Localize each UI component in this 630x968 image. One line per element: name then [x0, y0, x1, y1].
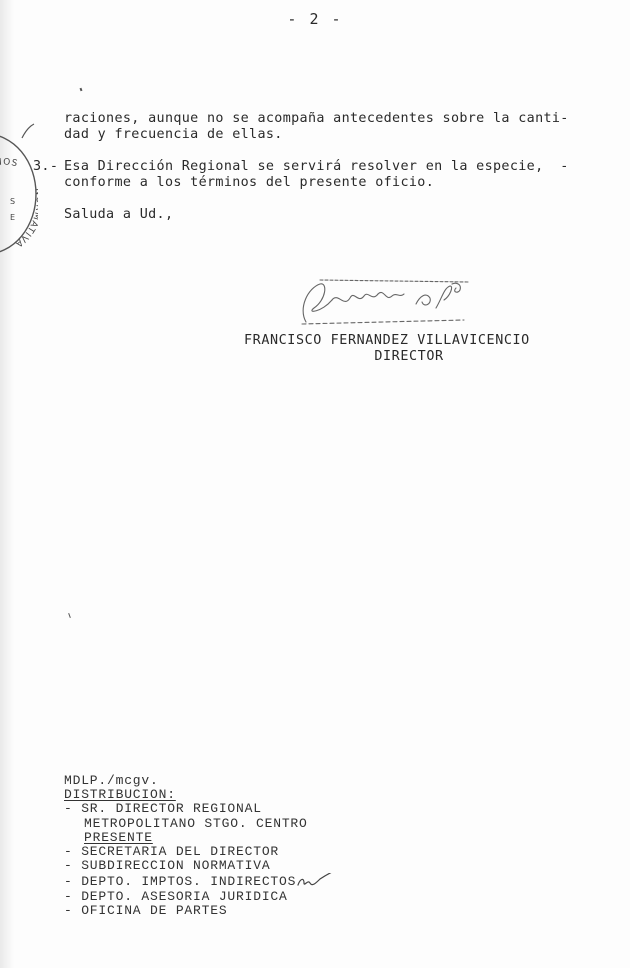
- page-number: - 2 -: [0, 10, 630, 28]
- item-number: 3.-: [33, 159, 58, 175]
- signatory-name: FRANCISCO FERNANDEZ VILLAVICENCIO: [244, 333, 530, 348]
- distribution-item: - DEPTO. ASESORIA JURIDICA: [64, 890, 336, 904]
- stamp-inner-e: E: [10, 213, 15, 222]
- distribution-item: - SR. DIRECTOR REGIONAL: [64, 802, 336, 816]
- item-line: Esa Dirección Regional se servirá resolv…: [64, 159, 569, 175]
- closing-salutation: Saluda a Ud.,: [64, 207, 173, 223]
- distribution-block: MDLP./mcgv. DISTRIBUCION: - SR. DIRECTOR…: [64, 774, 336, 918]
- svg-text:TERNOS: TERNOS: [0, 157, 19, 176]
- signatory-title: DIRECTOR: [244, 349, 574, 364]
- stamp-inner-s: S: [10, 197, 15, 206]
- handwritten-check-icon: [296, 873, 336, 889]
- document-page: - 2 - TERNOS NORMATIVA S E raciones, aun…: [0, 0, 630, 968]
- scan-speck: [80, 88, 83, 92]
- distribution-heading: DISTRIBUCION:: [64, 788, 336, 802]
- stamp-seal-icon: TERNOS NORMATIVA S E: [0, 122, 38, 262]
- paragraph-line: raciones, aunque no se acompaña antecede…: [64, 111, 569, 127]
- signature-icon: [292, 278, 472, 328]
- distribution-item-line: METROPOLITANO STGO. CENTRO: [64, 817, 336, 831]
- distribution-item: - OFICINA DE PARTES: [64, 904, 336, 918]
- item-line: conforme a los términos del presente ofi…: [64, 175, 434, 191]
- stamp-text-top: TERNOS: [0, 157, 19, 176]
- distribution-item: - SECRETARIA DEL DIRECTOR: [64, 845, 336, 859]
- reference-initials: MDLP./mcgv.: [64, 774, 336, 788]
- distribution-item-sub: PRESENTE: [64, 831, 336, 845]
- paragraph-line: dad y frecuencia de ellas.: [64, 127, 283, 143]
- distribution-item: - DEPTO. IMPTOS. INDIRECTOS: [64, 873, 336, 889]
- stamp-text-side: NORMATIVA: [13, 188, 38, 249]
- scan-speck: [68, 613, 71, 618]
- distribution-item: - SUBDIRECCION NORMATIVA: [64, 859, 336, 873]
- svg-text:NORMATIVA: NORMATIVA: [13, 188, 38, 249]
